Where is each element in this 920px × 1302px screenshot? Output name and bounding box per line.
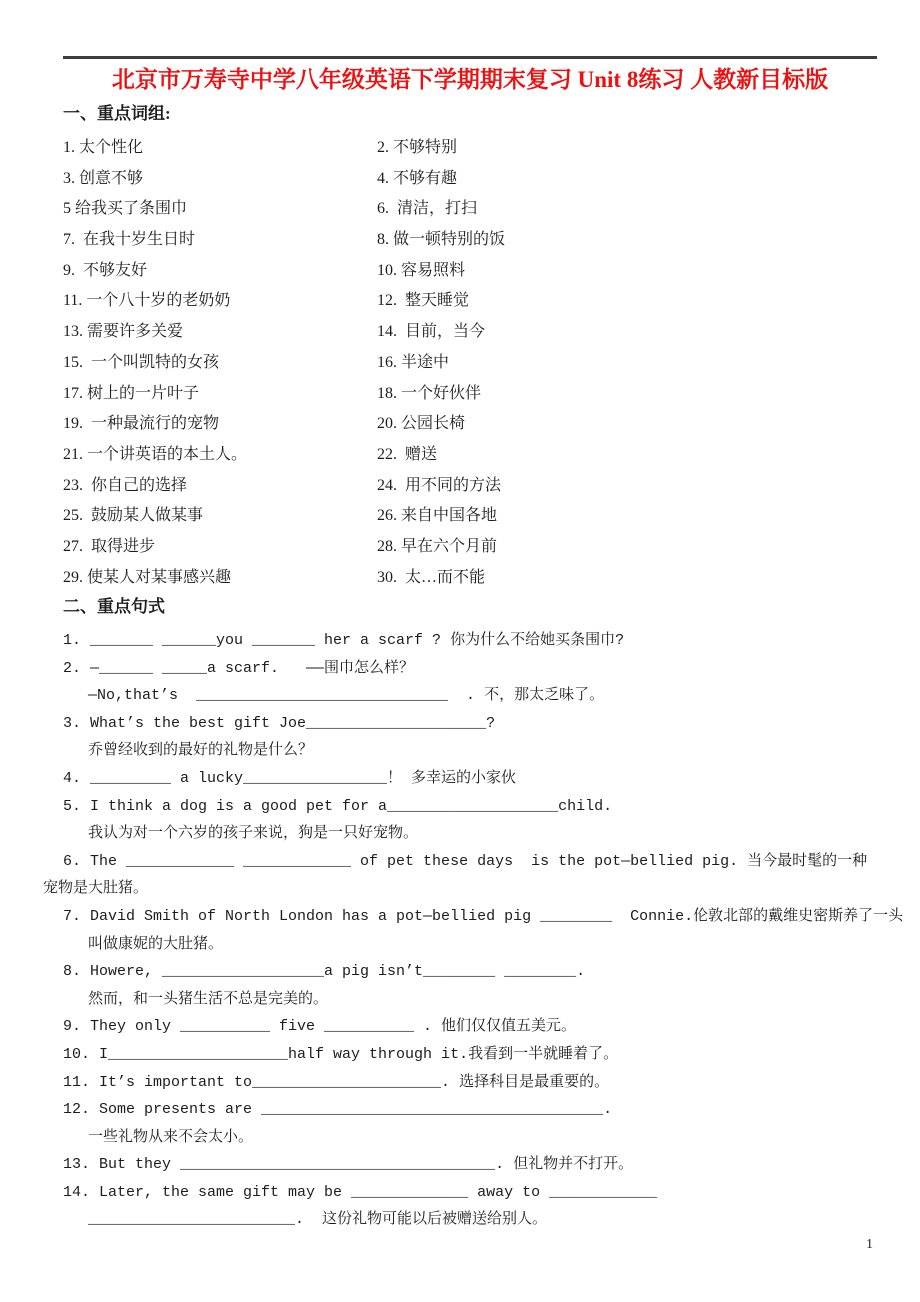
sentence-line: 然而，和一头猪生活不总是完美的。 <box>0 986 920 1014</box>
word-item: 29. 使某人对某事感兴趣 <box>63 563 377 594</box>
word-item: 22. 赠送 <box>377 440 883 471</box>
word-item: 27. 取得进步 <box>63 532 377 563</box>
sentence-line: 2. —______ _____a scarf. ——围巾怎么样？ <box>0 655 920 683</box>
word-item: 15. 一个叫凯特的女孩 <box>63 348 377 379</box>
sentence-line: 9. They only __________ five __________ … <box>0 1013 920 1041</box>
word-item: 12. 整天睡觉 <box>377 286 883 317</box>
sentence-line: 7. David Smith of North London has a pot… <box>0 903 920 931</box>
word-item: 4. 不够有趣 <box>377 164 883 195</box>
word-item: 25. 鼓励某人做某事 <box>63 501 377 532</box>
word-phrase-list: 1. 太个性化 2. 不够特别 3. 创意不够 4. 不够有趣 5 给我买了条围… <box>63 133 883 593</box>
sentence-line: 12. Some presents are __________________… <box>0 1096 920 1124</box>
sentence-line: 5. I think a dog is a good pet for a____… <box>0 793 920 821</box>
word-item: 21. 一个讲英语的本土人。 <box>63 440 377 471</box>
word-item: 30. 太…而不能 <box>377 563 883 594</box>
sentence-line: 宠物是大肚猪。 <box>0 875 920 903</box>
word-item: 5 给我买了条围巾 <box>63 194 377 225</box>
sentence-line: 3. What’s the best gift Joe_____________… <box>0 710 920 738</box>
sentence-line: 1. _______ ______you _______ her a scarf… <box>0 627 920 655</box>
word-item: 26. 来自中国各地 <box>377 501 883 532</box>
word-item: 13. 需要许多关爱 <box>63 317 377 348</box>
word-item: 24. 用不同的方法 <box>377 471 883 502</box>
sentence-line: 4. _________ a lucky________________！ 多幸… <box>0 765 920 793</box>
word-item: 19. 一种最流行的宠物 <box>63 409 377 440</box>
sentence-line: 叫做康妮的大肚猪。 <box>0 931 920 959</box>
sentence-line: 我认为对一个六岁的孩子来说，狗是一只好宠物。 <box>0 820 920 848</box>
section2-heading: 二、重点句式 <box>63 597 165 617</box>
word-item: 8. 做一顿特别的饭 <box>377 225 883 256</box>
word-item: 6. 清洁，打扫 <box>377 194 883 225</box>
sentence-line: 14. Later, the same gift may be ________… <box>0 1179 920 1207</box>
sentence-line: 乔曾经收到的最好的礼物是什么？ <box>0 737 920 765</box>
word-item: 17. 树上的一片叶子 <box>63 379 377 410</box>
sentence-list: 1. _______ ______you _______ her a scarf… <box>0 627 920 1234</box>
worksheet-page: 北京市万寿寺中学八年级英语下学期期末复习 Unit 8练习 人教新目标版 一、重… <box>0 0 920 1302</box>
sentence-line: 6. The ____________ ____________ of pet … <box>0 848 920 876</box>
word-item: 2. 不够特别 <box>377 133 883 164</box>
sentence-line: 11. It’s important to___________________… <box>0 1069 920 1097</box>
word-item: 16. 半途中 <box>377 348 883 379</box>
sentence-line: 13. But they ___________________________… <box>0 1151 920 1179</box>
top-divider-rule <box>63 56 877 59</box>
page-title: 北京市万寿寺中学八年级英语下学期期末复习 Unit 8练习 人教新目标版 <box>50 66 890 94</box>
word-item: 14. 目前，当今 <box>377 317 883 348</box>
sentence-line: 10. I____________________half way throug… <box>0 1041 920 1069</box>
word-item: 18. 一个好伙伴 <box>377 379 883 410</box>
word-item: 9. 不够友好 <box>63 256 377 287</box>
sentence-line: 一些礼物从来不会太小。 <box>0 1124 920 1152</box>
section1-heading: 一、重点词组: <box>63 104 171 124</box>
word-item: 1. 太个性化 <box>63 133 377 164</box>
word-item: 7. 在我十岁生日时 <box>63 225 377 256</box>
page-number: 1 <box>866 1237 873 1253</box>
word-item: 23. 你自己的选择 <box>63 471 377 502</box>
word-item: 11. 一个八十岁的老奶奶 <box>63 286 377 317</box>
sentence-line: —No,that’s ____________________________ … <box>0 682 920 710</box>
word-item: 3. 创意不够 <box>63 164 377 195</box>
sentence-line: 8. Howere, __________________a pig isn’t… <box>0 958 920 986</box>
word-item: 28. 早在六个月前 <box>377 532 883 563</box>
word-item: 10. 容易照料 <box>377 256 883 287</box>
sentence-line: _______________________. 这份礼物可能以后被赠送给别人。 <box>0 1206 920 1234</box>
word-item: 20. 公园长椅 <box>377 409 883 440</box>
